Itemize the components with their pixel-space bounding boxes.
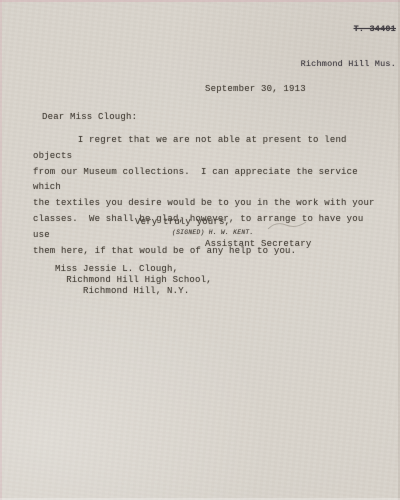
catalog-number: T. 34401 [301,24,396,36]
closing-line: Very truly yours, [135,217,230,227]
salutation: Dear Miss Clough: [42,112,137,122]
typed-signature: (SIGNED) H. W. KENT. [172,229,254,236]
collection-stamp: Richmond Hill Mus. [301,59,396,71]
catalog-annotation: T. 34401 Richmond Hill Mus. [301,1,396,93]
signature-title: Assistant Secretary [205,239,311,249]
letter-date: September 30, 1913 [205,84,306,94]
scan-edge-left [0,0,2,500]
recipient-address: Miss Jessie L. Clough, Richmond Hill Hig… [55,264,212,298]
pencil-squiggle-mark [266,218,308,232]
letter-scan: T. 34401 Richmond Hill Mus. September 30… [0,0,400,500]
